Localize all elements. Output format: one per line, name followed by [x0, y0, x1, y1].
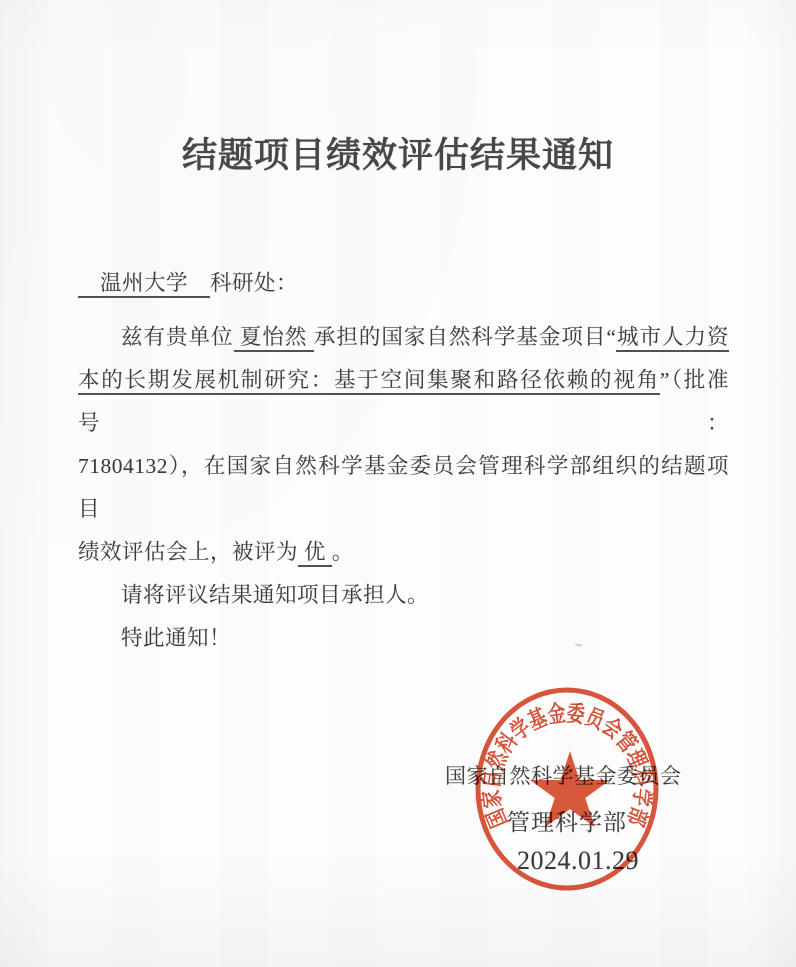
addressee-unit: 温州大学 [78, 271, 210, 298]
seal-star-icon [530, 751, 610, 827]
body-text: 承担的国家自然科学基金项目“ [314, 325, 617, 349]
body-text: 兹有贵单位 [121, 325, 234, 349]
body-text: 71804132），在国家自然科学基金委员会管理科学部组织的结题项目 [78, 454, 729, 521]
document-title: 结题项目绩效评估结果通知 [0, 128, 796, 178]
official-seal-stamp: 国家自然科学基金委员会管理科学部 [465, 681, 669, 897]
body-line: 71804132），在国家自然科学基金委员会管理科学部组织的结题项目 [78, 445, 729, 531]
body-text: 。 [332, 540, 354, 564]
body-line: 本的长期发展机制研究：基于空间集聚和路径依赖的视角”（批准号： [78, 359, 729, 445]
body-line: 绩效评估会上，被评为 优 。 [78, 531, 729, 574]
body-line: 兹有贵单位 夏怡然 承担的国家自然科学基金项目“城市人力资 [78, 316, 729, 359]
document-page: 结题项目绩效评估结果通知 温州大学 科研处： 兹有贵单位 夏怡然 承担的国家自然… [0, 0, 796, 967]
underlined-text: 城市人力资 [616, 325, 729, 352]
addressee-line: 温州大学 科研处： [78, 262, 729, 305]
underlined-text: 本的长期发展机制研究：基于空间集聚和路径依赖的视角 [78, 368, 660, 395]
body-paragraph: 兹有贵单位 夏怡然 承担的国家自然科学基金项目“城市人力资本的长期发展机制研究：… [78, 316, 729, 574]
closing-line-request: 请将评议结果通知项目承担人。 [78, 574, 729, 617]
addressee-dept: 科研处： [210, 271, 298, 295]
closing-line-notice: 特此通知！ [78, 617, 729, 660]
document-content: 温州大学 科研处： 兹有贵单位 夏怡然 承担的国家自然科学基金项目“城市人力资本… [78, 262, 729, 660]
underlined-text: 夏怡然 [234, 325, 314, 352]
body-text: 绩效评估会上，被评为 [78, 540, 298, 564]
underlined-text: 优 [298, 540, 332, 567]
